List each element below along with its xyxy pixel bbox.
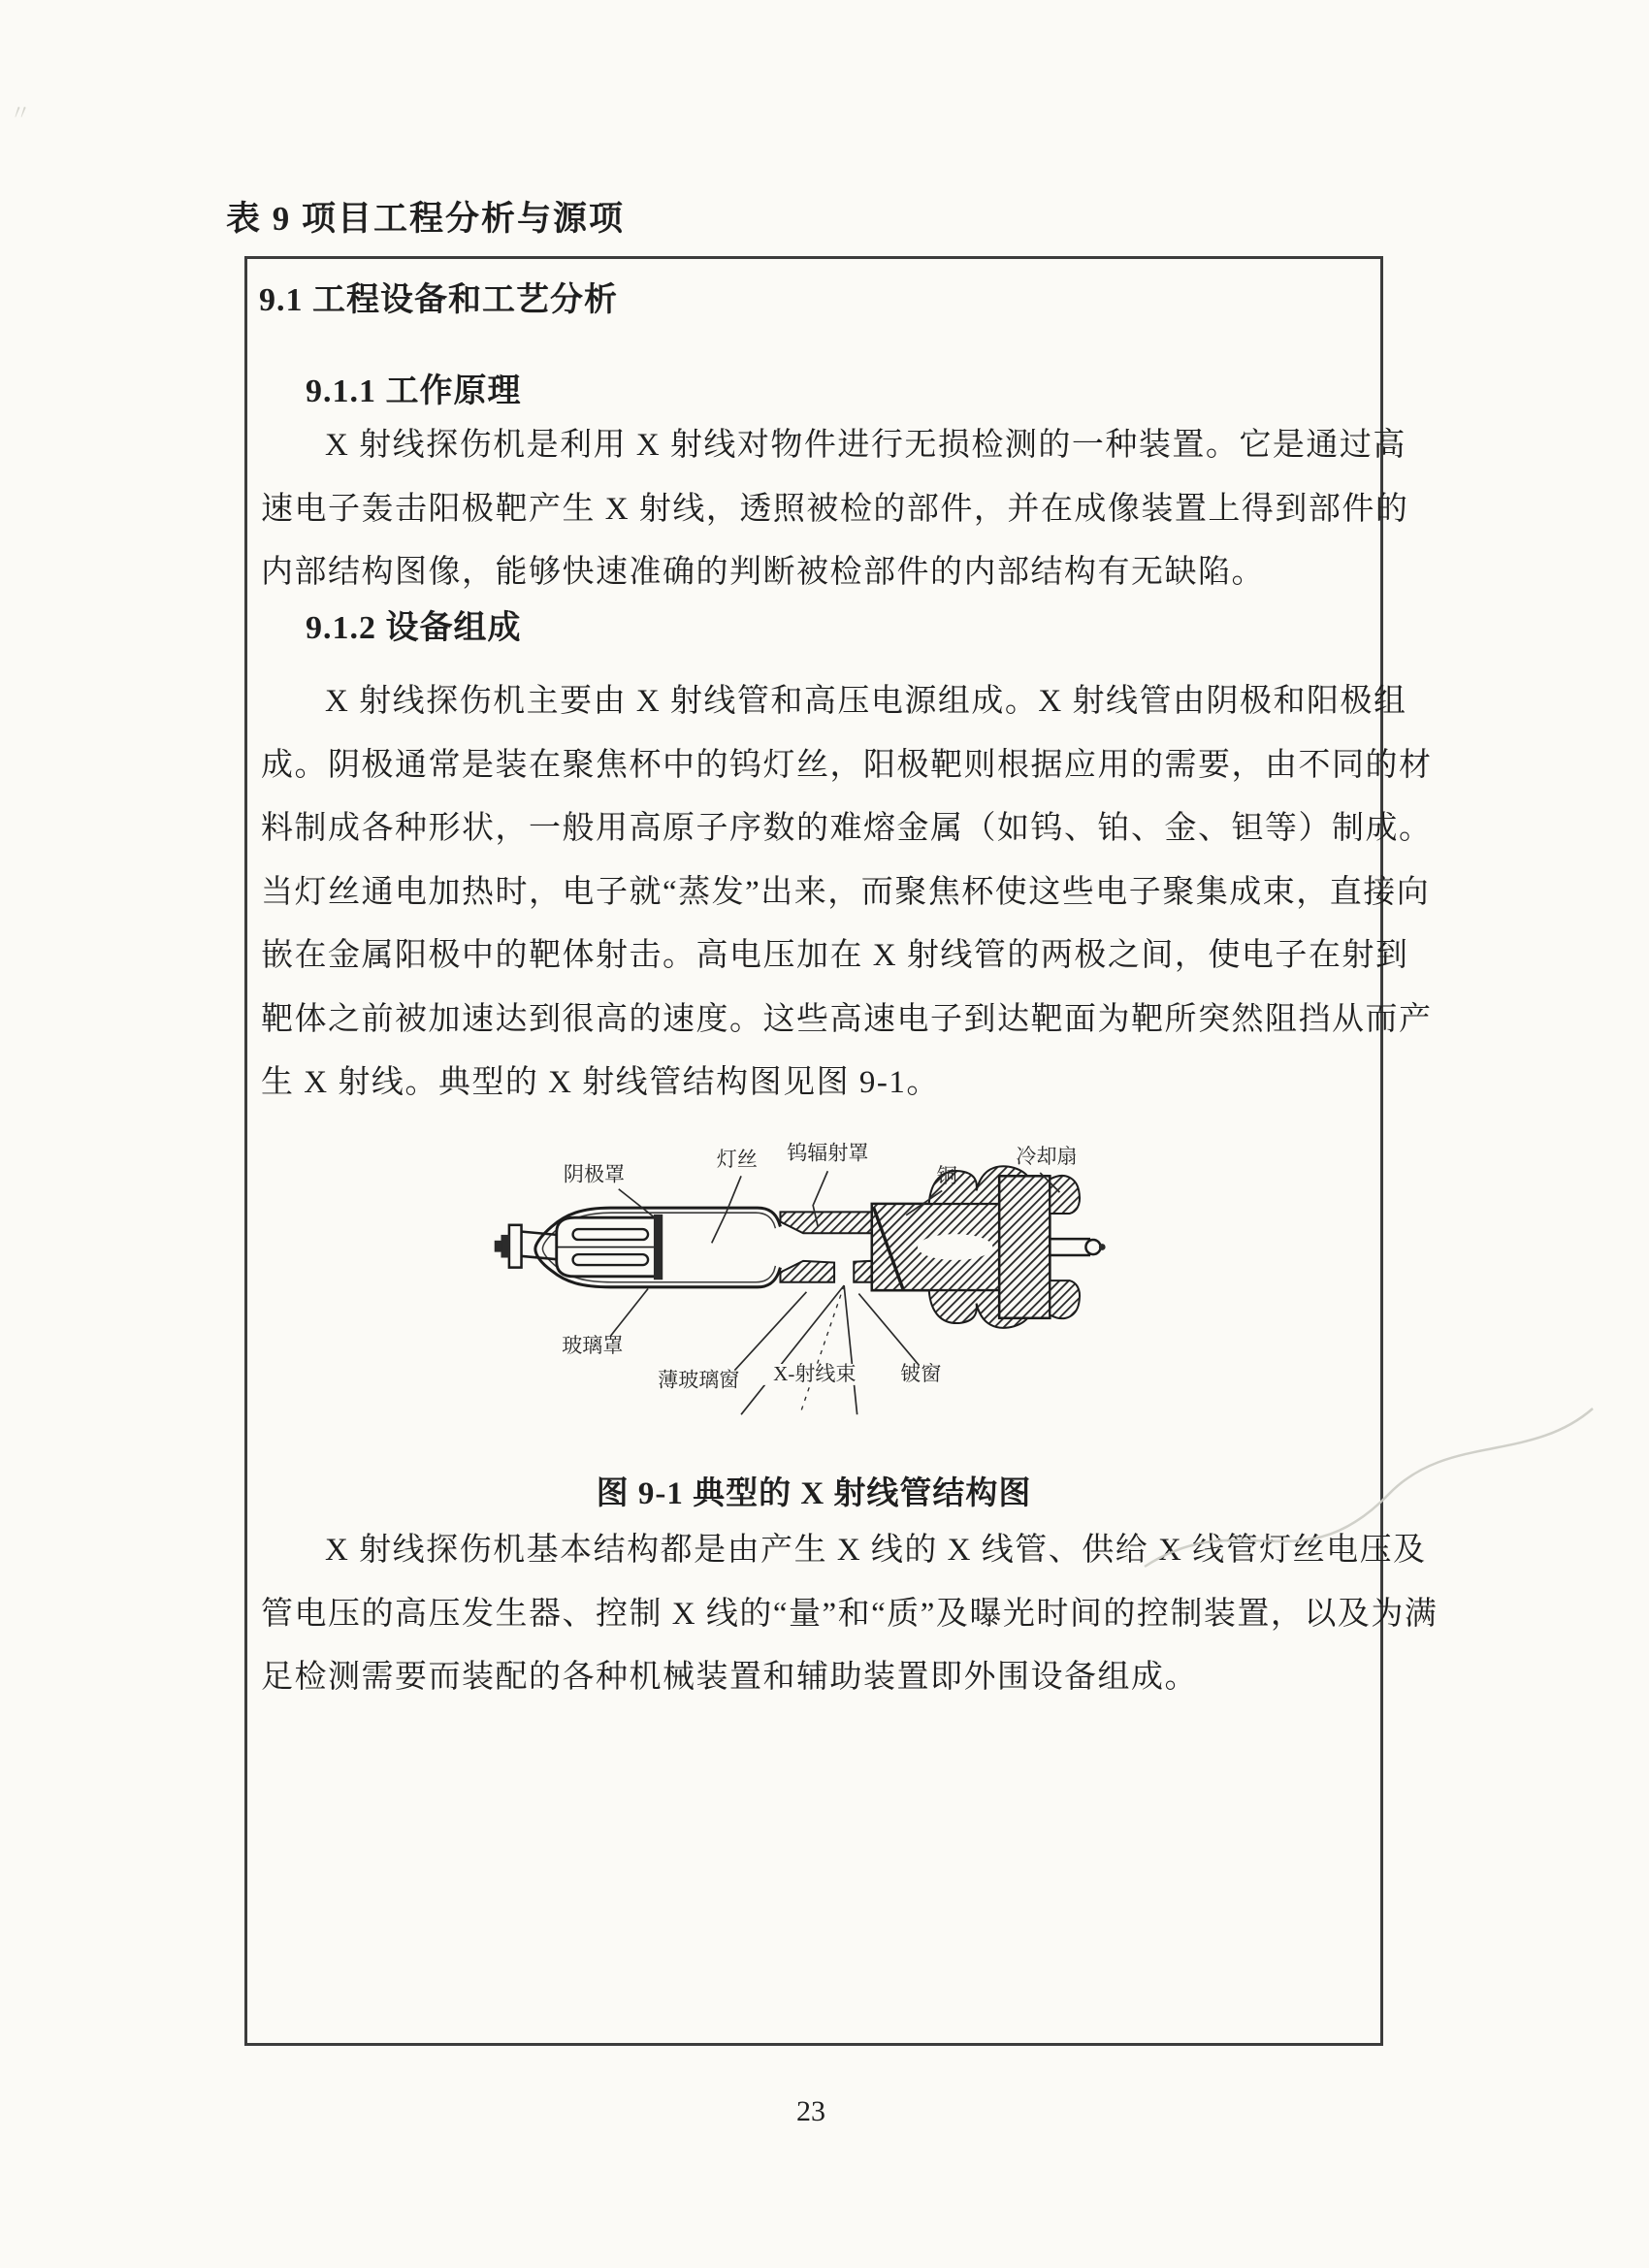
anode-stem: [1050, 1239, 1105, 1255]
text-line: 成。阴极通常是装在聚焦杯中的钨灯丝，阳极靶则根据应用的需要，由不同的材: [261, 734, 1365, 798]
page-number: 23: [0, 2095, 1622, 2128]
xray-beam-lines: [741, 1285, 857, 1414]
text-line: 料制成各种形状，一般用高原子序数的难熔金属（如钨、铂、金、钽等）制成。: [261, 797, 1365, 861]
text-line: 内部结构图像，能够快速准确的判断被检部件的内部结构有无缺陷。: [261, 541, 1365, 605]
paragraph-equipment-composition: X 射线探伤机主要由 X 射线管和高压电源组成。X 射线管由阴极和阳极组 成。阴…: [261, 670, 1365, 1116]
figure-caption: 图 9-1 典型的 X 射线管结构图: [247, 1468, 1380, 1513]
label-cooling-fan: 冷却扇: [1016, 1145, 1077, 1168]
label-copper: 铜: [937, 1164, 957, 1187]
text-line: X 射线探伤机是利用 X 射线对物件进行无损检测的一种装置。它是通过高: [261, 414, 1365, 478]
doc-title: 表 9 项目工程分析与源项: [226, 192, 625, 241]
heading-9-1: 9.1 工程设备和工艺分析: [259, 273, 618, 320]
copper-anode: [872, 1204, 1001, 1290]
text-line: 足检测需要而装配的各种机械装置和辅助装置即外围设备组成。: [261, 1646, 1365, 1710]
label-beryllium-window: 铍窗: [900, 1362, 941, 1385]
text-line: 当灯丝通电加热时，电子就“蒸发”出来，而聚焦杯使这些电子聚集成束，直接向: [261, 861, 1365, 925]
label-tungsten-shield: 钨辐射罩: [787, 1141, 868, 1164]
heading-9-1-1: 9.1.1 工作原理: [306, 364, 522, 411]
label-xray-beam: X-射线束: [773, 1362, 856, 1385]
content-box: 9.1 工程设备和工艺分析 9.1.1 工作原理 X 射线探伤机是利用 X 射线…: [244, 256, 1383, 2046]
paragraph-working-principle: X 射线探伤机是利用 X 射线对物件进行无损检测的一种装置。它是通过高 速电子轰…: [261, 414, 1365, 605]
cathode-assembly: [495, 1215, 663, 1280]
tungsten-hood: [780, 1212, 871, 1281]
label-thin-glass-window: 薄玻璃窗: [658, 1369, 739, 1392]
label-filament: 灯丝: [717, 1148, 758, 1171]
text-line: 速电子轰击阳极靶产生 X 射线，透照被检的部件，并在成像装置上得到部件的: [261, 478, 1365, 542]
label-glass-cover: 玻璃罩: [562, 1334, 623, 1357]
text-line: 嵌在金属阳极中的靶体射击。高电压加在 X 射线管的两极之间，使电子在射到: [261, 924, 1365, 988]
text-line: 生 X 射线。典型的 X 射线管结构图见图 9-1。: [261, 1052, 1365, 1116]
scan-margin-mark: 〃: [10, 97, 31, 127]
text-line: X 射线探伤机主要由 X 射线管和高压电源组成。X 射线管由阴极和阳极组: [261, 670, 1365, 734]
heading-9-1-2: 9.1.2 设备组成: [306, 600, 522, 648]
text-line: 靶体之前被加速达到很高的速度。这些高速电子到达靶面为靶所突然阻挡从而产: [261, 988, 1365, 1053]
xray-tube-diagram: 阴极罩 灯丝 钨辐射罩 铜 冷却扇 玻璃罩 薄玻璃窗 X-射线束 铍窗: [488, 1130, 1109, 1416]
label-cathode-cover: 阴极罩: [564, 1162, 625, 1185]
text-line: 管电压的高压发生器、控制 X 线的“量”和“质”及曝光时间的控制装置，以及为满: [261, 1583, 1365, 1647]
paragraph-basic-structure: X 射线探伤机基本结构都是由产生 X 线的 X 线管、供给 X 线管灯丝电压及 …: [261, 1519, 1365, 1710]
text-line: X 射线探伤机基本结构都是由产生 X 线的 X 线管、供给 X 线管灯丝电压及: [261, 1519, 1365, 1583]
